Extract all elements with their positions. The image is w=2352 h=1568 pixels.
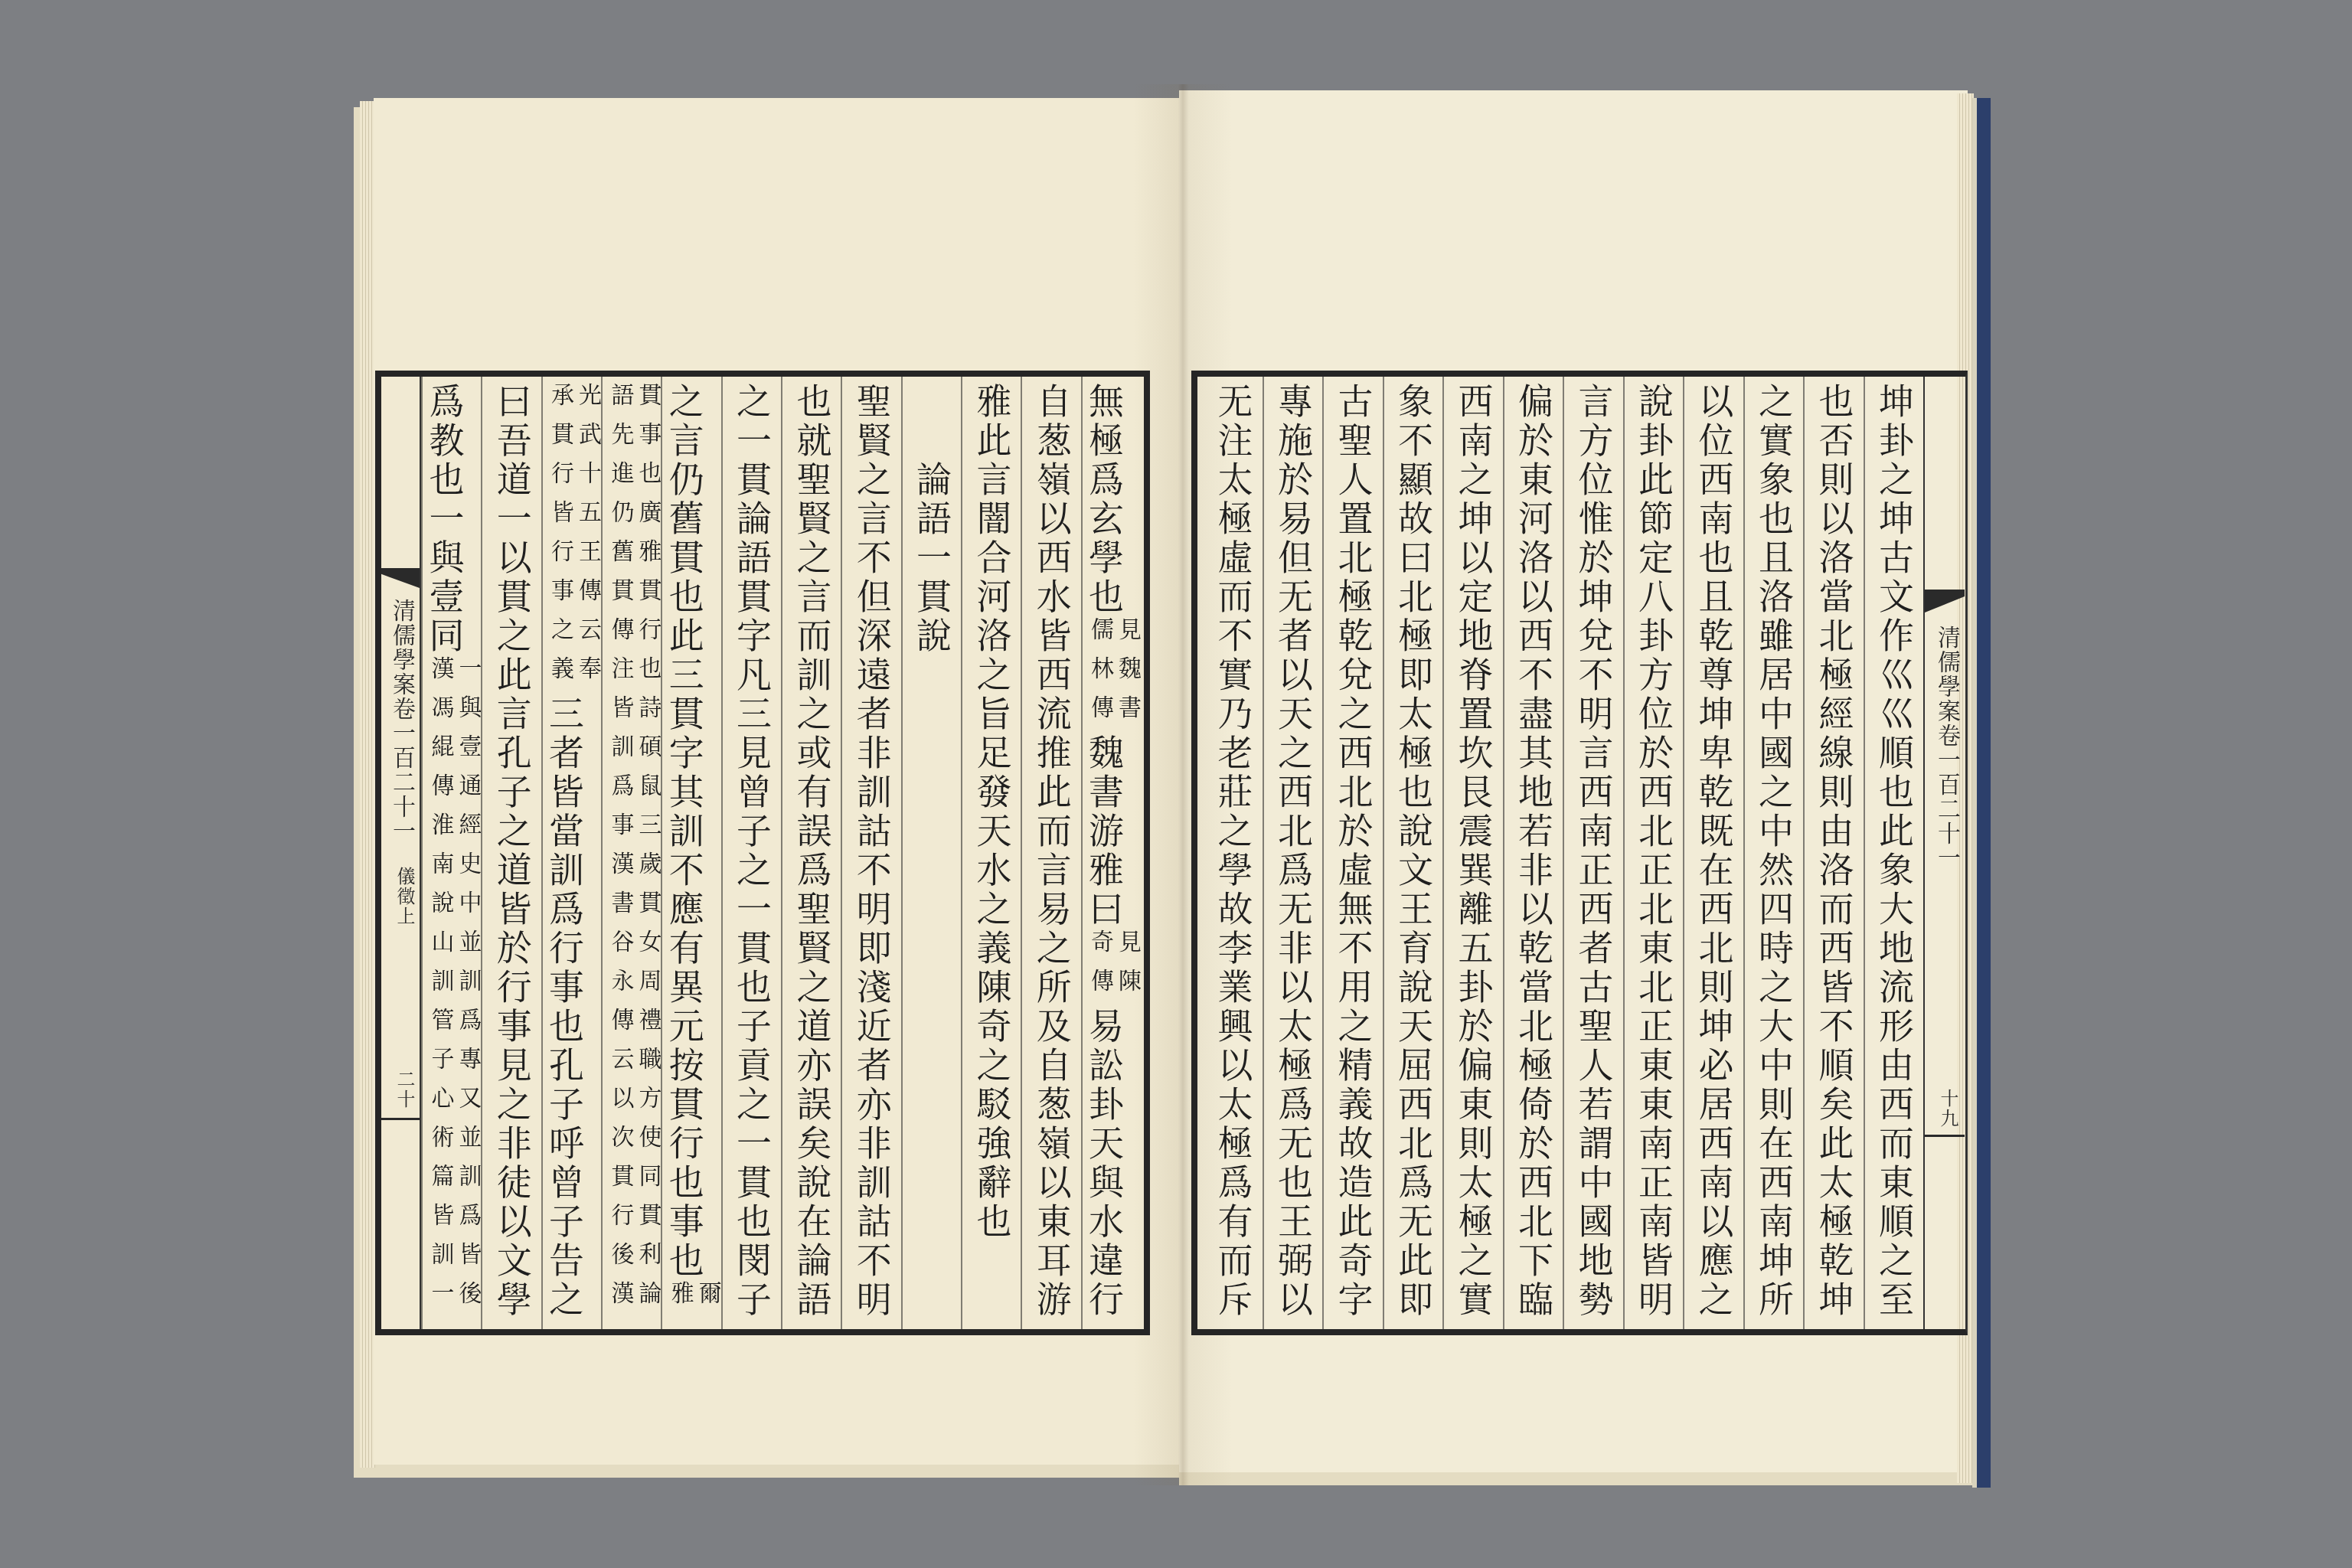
text-column: 偏於東河洛以西不盡其地若非以乾當北極倚於西北下臨	[1503, 377, 1563, 1329]
main-text: 說卦此節定八卦方位於西北正北東北正東東南正南皆明	[1633, 383, 1674, 1320]
main-text: 也否則以洛當北極經線則由洛而西皆不順矣此太極乾坤	[1813, 383, 1854, 1320]
fold-page-number: 二十	[389, 1070, 420, 1109]
text-column: 坤卦之坤古文作巛巛順也此象大地流形由西而東順之至	[1864, 377, 1923, 1329]
main-text: 爲教也一與壹同	[423, 383, 465, 656]
text-column: 聖賢之言不但深遠者非訓詁不明即淺近者亦非訓詁不明	[841, 377, 900, 1329]
note-column: 貫事也廣雅貫行也詩碩鼠三歲貫女周禮職方使同貫利論語先進仍舊貫傳注皆訓爲事漢書谷永…	[601, 377, 661, 1329]
left-fold-margin: 清儒學案卷一百二十一 儀徵上 二十	[381, 377, 421, 1329]
fishtail-mark-bottom	[381, 1118, 420, 1120]
main-text: 易訟卦天與水違行	[1083, 1008, 1125, 1320]
main-text: 言方位惟於坤兌不明言西南正西者古聖人若謂中國地勢	[1573, 383, 1614, 1320]
text-column: 說卦此節定八卦方位於西北正北東北正東東南正南皆明	[1623, 377, 1683, 1329]
text-column: 象不顯故曰北極即太極也說文王育說天屈西北爲无此即	[1383, 377, 1442, 1329]
fold-book-title: 清儒學案卷一百二十一	[1931, 626, 1962, 871]
text-column: 專施於易但无者以天之西北爲无非以太極爲无也王弼以	[1263, 377, 1322, 1329]
text-column: 也否則以洛當北極經線則由洛而西皆不順矣此太極乾坤	[1803, 377, 1863, 1329]
main-text: 也就聖賢之言而訓之或有誤爲聖賢之道亦誤矣說在論語	[791, 383, 832, 1320]
fold-page-number: 十九	[1932, 1089, 1963, 1129]
text-column: 之實象也且洛雖居中國之中然四時之大中則在西南坤所	[1743, 377, 1803, 1329]
text-column: 无注太極虛而不實乃老莊之學故李業興以太極爲有而斥	[1202, 377, 1262, 1329]
main-text: 曰吾道一以貫之此言孔子之道皆於行事見之非徒以文學	[492, 383, 533, 1320]
main-text: 偏於東河洛以西不盡其地若非以乾當北極倚於西北下臨	[1513, 383, 1554, 1320]
text-column: 也就聖賢之言而訓之或有誤爲聖賢之道亦誤矣說在論語	[781, 377, 841, 1329]
main-text: 雅此言闇合河洛之旨足發天水之義陳奇之駁強辭也	[971, 383, 1012, 1242]
main-text: 古聖人置北極乾兌之西北於虛無不用之精義故造此奇字	[1332, 383, 1374, 1320]
text-column: 光武十五王傳云奉承貫行皆行事之義三者皆當訓爲行事也孔子呼曾子告之	[541, 377, 601, 1329]
main-text: 之言仍舊貫也此三貫字其訓不應有異元按貫行也事也	[664, 383, 705, 1281]
main-text: 魏書游雅曰	[1083, 734, 1125, 929]
fishtail-mark-top	[381, 568, 420, 588]
interlinear-note: 見陳奇傳	[1086, 929, 1141, 1008]
main-text: 專施於易但无者以天之西北爲无非以太極爲无也王弼以	[1272, 383, 1314, 1320]
main-text: 無極爲玄學也	[1083, 383, 1125, 617]
blue-cover-edge	[1977, 98, 1991, 1488]
text-column: 之言仍舊貫也此三貫字其訓不應有異元按貫行也事也爾雅	[661, 377, 720, 1329]
text-column: 無極爲玄學也見魏書儒林傳魏書游雅曰見陳奇傳易訟卦天與水違行	[1081, 377, 1141, 1329]
main-text: 自葱嶺以西水皆西流推此而言易之所及自葱嶺以東耳游	[1031, 383, 1073, 1320]
main-text: 以位西南也且乾尊坤卑乾既在西北則坤必居西南以應之	[1693, 383, 1734, 1320]
text-column: 爲教也一與壹同一與壹通經史中並訓爲專又並訓爲皆後漢馮緄傳淮南說山訓管子心術篇皆訓…	[421, 377, 481, 1329]
text-column: 言方位惟於坤兌不明言西南正西者古聖人若謂中國地勢	[1563, 377, 1622, 1329]
text-column: 以位西南也且乾尊坤卑乾既在西北則坤必居西南以應之	[1683, 377, 1743, 1329]
interlinear-note: 貫事也廣雅貫行也詩碩鼠三歲貫女周禮職方使同貫利論語先進仍舊貫傳注皆訓爲事漢書谷永…	[606, 383, 661, 1320]
interlinear-note: 爾雅	[666, 1281, 721, 1320]
section-title-column: 論語一貫說	[901, 377, 961, 1329]
main-text: 坤卦之坤古文作巛巛順也此象大地流形由西而東順之至	[1873, 383, 1915, 1320]
section-title: 論語一貫說	[911, 461, 952, 656]
fold-section-label: 儀徵上	[389, 867, 420, 926]
main-text: 象不顯故曰北極即太極也說文王育說天屈西北爲无此即	[1393, 383, 1434, 1320]
left-page-edges	[360, 101, 375, 1468]
text-column: 自葱嶺以西水皆西流推此而言易之所及自葱嶺以東耳游	[1021, 377, 1080, 1329]
fold-book-title: 清儒學案卷一百二十一	[386, 599, 416, 844]
main-text: 三者皆當訓爲行事也孔子呼曾子告之	[544, 695, 585, 1320]
main-text: 西南之坤以定地脊置坎艮震巽離五卦於偏東則太極之實	[1452, 383, 1494, 1320]
interlinear-note: 光武十五王傳云奉承貫行皆行事之義	[546, 383, 601, 695]
interlinear-note: 一與壹通經史中並訓爲專又並訓爲皆後漢馮緄傳淮南說山訓管子心術篇皆訓一	[426, 656, 481, 1320]
text-column: 曰吾道一以貫之此言孔子之道皆於行事見之非徒以文學	[481, 377, 541, 1329]
text-column: 古聖人置北極乾兌之西北於虛無不用之精義故造此奇字	[1322, 377, 1382, 1329]
text-column: 西南之坤以定地脊置坎艮震巽離五卦於偏東則太極之實	[1442, 377, 1502, 1329]
main-text: 之一貫論語貫字凡三見曾子之一貫也子貢之一貫也閔子	[731, 383, 773, 1320]
fishtail-mark-top	[1925, 590, 1965, 612]
text-column: 雅此言闇合河洛之旨足發天水之義陳奇之駁強辭也	[961, 377, 1021, 1329]
interlinear-note: 見魏書儒林傳	[1086, 617, 1141, 734]
fishtail-mark-bottom	[1925, 1135, 1965, 1137]
main-text: 无注太極虛而不實乃老莊之學故李業興以太極爲有而斥	[1212, 383, 1253, 1320]
main-text: 聖賢之言不但深遠者非訓詁不明即淺近者亦非訓詁不明	[851, 383, 893, 1320]
main-text: 之實象也且洛雖居中國之中然四時之大中則在西南坤所	[1753, 383, 1795, 1320]
right-fold-margin: 清儒學案卷一百二十一 十九	[1923, 377, 1965, 1329]
text-column: 之一貫論語貫字凡三見曾子之一貫也子貢之一貫也閔子	[721, 377, 781, 1329]
